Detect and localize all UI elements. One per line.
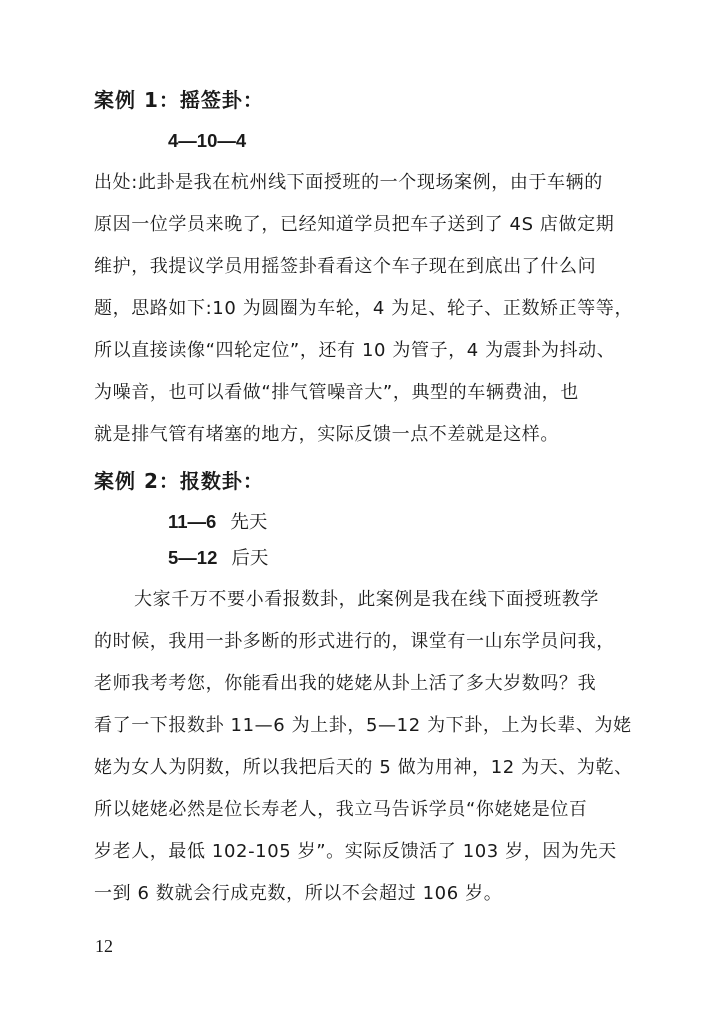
case1-heading: 案例 1：摇签卦：	[94, 86, 264, 114]
case2-line: 的时候，我用一卦多断的形式进行的，课堂有一山东学员问我，	[94, 621, 614, 663]
case1-line: 就是排气管有堵塞的地方，实际反馈一点不差就是这样。	[94, 414, 614, 456]
case2-line: 姥为女人为阴数，所以我把后天的 5 做为用神，12 为天、为乾、	[94, 747, 614, 789]
case1-formula-numbers: 4—10—4	[168, 130, 246, 151]
case1-paragraph: 出处:此卦是我在杭州线下面授班的一个现场案例，由于车辆的 原因一位学员来晚了，已…	[94, 162, 614, 456]
case2-formula-xiantian: 11—6先天	[168, 508, 267, 537]
case2-formula-numbers: 11—6	[168, 511, 216, 532]
case1-line: 所以直接读像“四轮定位”，还有 10 为管子，4 为震卦为抖动、	[94, 330, 614, 372]
case2-formula-houtian: 5—12后天	[168, 544, 268, 573]
case1-line: 为噪音，也可以看做“排气管噪音大”，典型的车辆费油，也	[94, 372, 614, 414]
case1-line: 维护，我提议学员用摇签卦看看这个车子现在到底出了什么问	[94, 246, 614, 288]
case1-line: 原因一位学员来晚了，已经知道学员把车子送到了 4S 店做定期	[94, 204, 614, 246]
case2-formula-numbers: 5—12	[168, 547, 217, 568]
case1-line: 出处:此卦是我在杭州线下面授班的一个现场案例，由于车辆的	[94, 162, 614, 204]
case2-line: 一到 6 数就会行成克数，所以不会超过 106 岁。	[94, 873, 614, 915]
case1-formula: 4—10—4	[168, 127, 246, 156]
case2-heading: 案例 2：报数卦：	[94, 467, 264, 495]
case2-formula-label: 后天	[231, 548, 268, 569]
case2-line: 大家千万不要小看报数卦，此案例是我在线下面授班教学	[94, 579, 614, 621]
case2-line: 所以姥姥必然是位长寿老人，我立马告诉学员“你姥姥是位百	[94, 789, 614, 831]
case2-formula-label: 先天	[230, 512, 267, 533]
case2-line: 看了一下报数卦 11—6 为上卦，5—12 为下卦，上为长辈、为姥	[94, 705, 614, 747]
case2-line: 岁老人，最低 102-105 岁”。实际反馈活了 103 岁，因为先天	[94, 831, 614, 873]
case2-paragraph: 大家千万不要小看报数卦，此案例是我在线下面授班教学 的时候，我用一卦多断的形式进…	[94, 579, 614, 915]
case2-line: 老师我考考您，你能看出我的姥姥从卦上活了多大岁数吗？我	[94, 663, 614, 705]
document-page: 案例 1：摇签卦： 4—10—4 出处:此卦是我在杭州线下面授班的一个现场案例，…	[0, 0, 724, 1024]
page-number: 12	[95, 936, 113, 957]
case1-line: 题，思路如下:10 为圆圈为车轮，4 为足、轮子、正数矫正等等，	[94, 288, 614, 330]
